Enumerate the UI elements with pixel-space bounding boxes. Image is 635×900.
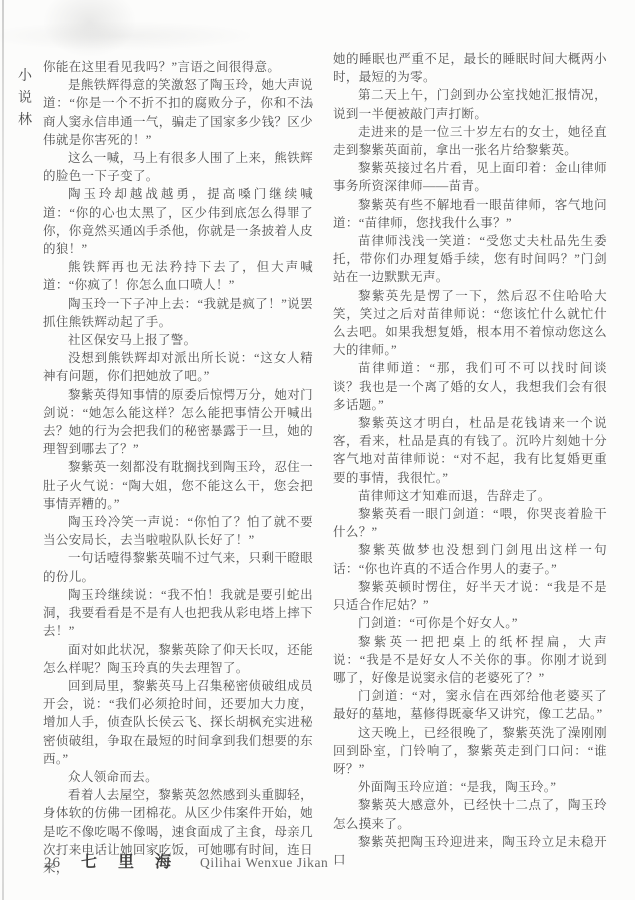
paragraph: 黎紫英先是愣了一下，然后忍不住哈哈大笑，笑过之后对苗律师说：“您该忙什么就忙什么… xyxy=(333,287,607,360)
text-column-right: 她的睡眠也严重不足，最长的睡眠时间大概两小时，最短的为零。第二天上午，门剑到办公… xyxy=(333,50,607,869)
section-label-char: 小 xyxy=(16,70,34,84)
paragraph: 是熊铁辉得意的笑激怒了陶玉玲，她大声说道：“你是一个不折不扣的腐败分子，你和不法… xyxy=(43,76,313,149)
paragraph: 黎紫英接过名片看，见上面印着：金山律师事务所资深律师——苗青。 xyxy=(333,159,607,195)
paragraph: 回到局里，黎紫英马上召集秘密侦破组成员开会，说：“我们必须抢时间，还要加大力度，… xyxy=(43,677,313,768)
paragraph: 黎紫英这才明白，杜品是花钱请来一个说客，看来，杜品是真的有钱了。沉吟片刻她十分客… xyxy=(333,414,607,487)
text-column-left: 你能在这里看见我吗？”言语之间很得意。是熊铁辉得意的笑激怒了陶玉玲，她大声说道：… xyxy=(43,58,313,877)
paragraph: 面对如此状况，黎紫英除了仰天长叹，还能怎么样呢？陶玉玲真的失去理智了。 xyxy=(43,641,313,677)
paragraph: 黎紫英把陶玉玲迎进来，陶玉玲立足未稳开口 xyxy=(333,833,607,869)
magazine-page: 小 说 林 你能在这里看见我吗？”言语之间很得意。是熊铁辉得意的笑激怒了陶玉玲，… xyxy=(0,0,635,900)
section-label-vertical: 小 说 林 xyxy=(16,70,34,136)
paragraph: 黎紫英有些不解地看一眼苗律师，客气地问道：“苗律师，您找我什么事？” xyxy=(333,196,607,232)
section-label-char: 说 xyxy=(16,92,34,106)
paragraph: 苗律师这才知难而退，告辞走了。 xyxy=(333,487,607,505)
paragraph: 陶玉玲继续说：“我不怕！我就是要引蛇出洞，我要看看是不是有人也把我从彩电塔上摔下… xyxy=(43,586,313,641)
page-footer: 26 七里海 Qilihai Wenxue Jikan xyxy=(44,849,328,872)
paragraph: 黎紫英看一眼门剑道：“喂，你哭丧着脸干什么？” xyxy=(333,505,607,541)
scan-smudge xyxy=(0,22,250,50)
paragraph: 第二天上午，门剑到办公室找她汇报情况，说到一半便被敲门声打断。 xyxy=(333,86,607,122)
paragraph: 黎紫英做梦也没想到门剑甩出这样一句话：“你也许真的不适合作男人的妻子。” xyxy=(333,541,607,577)
paragraph: 这么一喊，马上有很多人围了上来，熊铁辉的脸色一下子变了。 xyxy=(43,149,313,185)
paragraph: 外面陶玉玲应道：“是我，陶玉玲。” xyxy=(333,778,607,796)
paragraph: 社区保安马上报了警。 xyxy=(43,331,313,349)
paragraph: 苗律师浅浅一笑道：“受您丈夫杜品先生委托，带你们办理复婚手续，您有时间吗？”门剑… xyxy=(333,232,607,287)
paragraph: 熊铁辉再也无法矜持下去了，但大声喊道：“你疯了！你怎么血口喷人！” xyxy=(43,258,313,294)
paragraph: 黎紫英一把把桌上的纸杯捏扁，大声说：“我是不是好女人不关你的事。你刚才说到哪了，… xyxy=(333,633,607,688)
paragraph: 黎紫英一刻都没有耽搁找到陶玉玲，忍住一肚子火气说：“陶大姐，您不能这么干，您会把… xyxy=(43,458,313,513)
paragraph: 你能在这里看见我吗？”言语之间很得意。 xyxy=(43,58,313,76)
journal-title-chinese: 七里海 xyxy=(81,849,192,872)
paragraph: 一句话噎得黎紫英喘不过气来，只剩干瞪眼的份儿。 xyxy=(43,549,313,585)
paragraph: 苗律师道：“那，我们可不可以找时间谈谈？我也是一个离了婚的女人，我想我们会有很多… xyxy=(333,359,607,414)
paragraph: 黎紫英大感意外，已经快十二点了，陶玉玲怎么摸来了。 xyxy=(333,796,607,832)
paragraph: 走进来的是一位三十岁左右的女士，她径直走到黎紫英面前，拿出一张名片给黎紫英。 xyxy=(333,123,607,159)
paragraph: 黎紫英得知事情的原委后惊愕万分，她对门剑说：“她怎么能这样？怎么能把事情公开喊出… xyxy=(43,386,313,459)
paragraph: 众人领命而去。 xyxy=(43,768,313,786)
section-label-char: 林 xyxy=(16,114,34,128)
paragraph: 门剑道：“对，窦永信在西郊给他老婆买了最好的墓地，墓修得既豪华又讲究，像工艺品。… xyxy=(333,687,607,723)
scan-edge-line xyxy=(2,0,4,900)
paragraph: 她的睡眠也严重不足，最长的睡眠时间大概两小时，最短的为零。 xyxy=(333,50,607,86)
paragraph: 没想到熊铁辉却对派出所长说：“这女人精神有问题，你们把她放了吧。” xyxy=(43,349,313,385)
journal-title-pinyin: Qilihai Wenxue Jikan xyxy=(200,855,328,871)
page-number: 26 xyxy=(44,855,61,872)
paragraph: 这天晚上，已经很晚了，黎紫英洗了澡刚刚回到卧室，门铃响了，黎紫英走到门口问：“谁… xyxy=(333,724,607,779)
paragraph: 陶玉玲却越战越勇，提高嗓门继续喊道：“你的心也太黑了，区少伟到底怎么得罪了你，你… xyxy=(43,185,313,258)
paragraph: 陶玉玲冷笑一声说：“你怕了？怕了就不要当公安局长，去当啦啦队队长好了！” xyxy=(43,513,313,549)
paragraph: 门剑道：“可你是个好女人。” xyxy=(333,614,607,632)
paragraph: 陶玉玲一下子冲上去：“我就是疯了！”说罢抓住熊铁辉动起了手。 xyxy=(43,295,313,331)
paragraph: 黎紫英顿时愣住，好半天才说：“我是不是只适合作尼姑？” xyxy=(333,578,607,614)
